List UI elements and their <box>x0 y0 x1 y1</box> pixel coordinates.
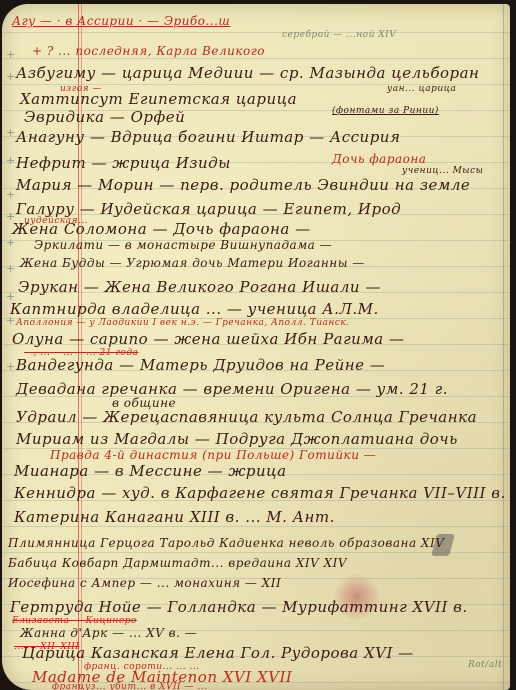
annotation: (фонтами за Ринии) <box>332 106 439 116</box>
manuscript-line: Эвридика — Орфей <box>24 108 185 126</box>
margin-cross-mark: + <box>6 262 15 275</box>
manuscript-line: Олуна — сарипо — жена шейха Ибн Рагима — <box>12 330 405 348</box>
manuscript-line: Мириам из Магдалы — Подруга Джоплатиана … <box>16 430 458 448</box>
manuscript-line: Удраил — Жерецаспавяница культа Солнца Г… <box>16 408 477 426</box>
margin-cross-mark: + <box>6 188 15 201</box>
manuscript-line: Хаттипсут Египетская царица <box>20 90 297 108</box>
heading-line: Агу — · в Ассирии · — Эрибо...ш <box>12 14 230 28</box>
manuscript-line: Жена Будды — Угрюмая дочь Матери Иоганны… <box>20 256 365 270</box>
notebook-page: + + + + + + + + + + + Агу — · в Ассирии … <box>2 4 510 690</box>
manuscript-line: Иосефина с Ампер — ... монахиня — XII <box>8 576 281 590</box>
margin-cross-mark: + <box>6 360 15 373</box>
manuscript-line: Девадана гречанка — времени Оригена — ум… <box>16 380 448 398</box>
manuscript-line: Вандегунда — Матерь Друидов на Рейне — <box>16 356 385 374</box>
margin-cross-mark: + <box>6 126 15 139</box>
manuscript-line: Мария — Морин — перв. родитель Эвиндии н… <box>16 176 470 194</box>
manuscript-line: Нефрит — жрица Изиды <box>16 154 231 172</box>
manuscript-line: Бабица Ковбарп Дармштадт... вредаина XIV… <box>8 556 347 570</box>
manuscript-line: Жанна д'Арк — ... XV в. — <box>20 626 197 640</box>
red-annotation: француз... убит... в XVII — ... <box>52 682 207 690</box>
manuscript-line: Катерина Канагани XIII в. ... М. Ант. <box>14 508 335 526</box>
manuscript-line: Эркилати — в монастыре Вишнупадама — <box>34 238 332 252</box>
pencil-note: Rot/alt <box>468 660 502 670</box>
manuscript-line: Каптнирда владелица ... — ученица А.Л.М. <box>10 300 379 318</box>
manuscript-line: Мианара — в Мессине — жрица <box>14 462 287 480</box>
annotation: учениц... Мысы <box>402 166 484 176</box>
page-fold <box>503 4 504 690</box>
manuscript-line: Кеннидра — худ. в Карфагене святая Греча… <box>14 484 506 502</box>
annotation: уан... царица <box>387 84 456 94</box>
manuscript-line: Анагуну — Вдрица богини Иштар — Ассирия <box>16 128 400 146</box>
red-annotation: Правда 4-й династия (при Польше) Готийки… <box>50 448 376 462</box>
red-annotation: Елизавета — Кицинеро <box>12 616 137 626</box>
margin-cross-mark: + <box>6 48 15 61</box>
manuscript-line: Жена Соломона — Дочь фараона — <box>12 220 311 238</box>
manuscript-line: Плимянница Герцога Тарольд Кадиенка нево… <box>8 536 444 550</box>
red-annotation: Аполлония — у Лаодикии I век н.э. — Греч… <box>16 318 350 328</box>
pencil-note: сереброй — ...ной XIV <box>282 30 396 40</box>
manuscript-line: Азбугиму — царица Медиии — ср. Мазында ц… <box>16 64 479 82</box>
manuscript-line: + ? ... последняя, Карла Великого <box>32 44 265 58</box>
manuscript-line: Эрукан — Жена Великого Рогана Ишали — <box>18 278 381 296</box>
manuscript-line: Гертруда Нойе — Голландка — Мурифаттинг … <box>10 598 468 616</box>
margin-cross-mark: + <box>6 154 15 167</box>
margin-cross-mark: + <box>6 70 15 83</box>
manuscript-line: Царица Казанская Елена Гол. Рудорова XVI… <box>22 644 414 662</box>
red-annotation: Дочь фараона <box>332 152 426 166</box>
